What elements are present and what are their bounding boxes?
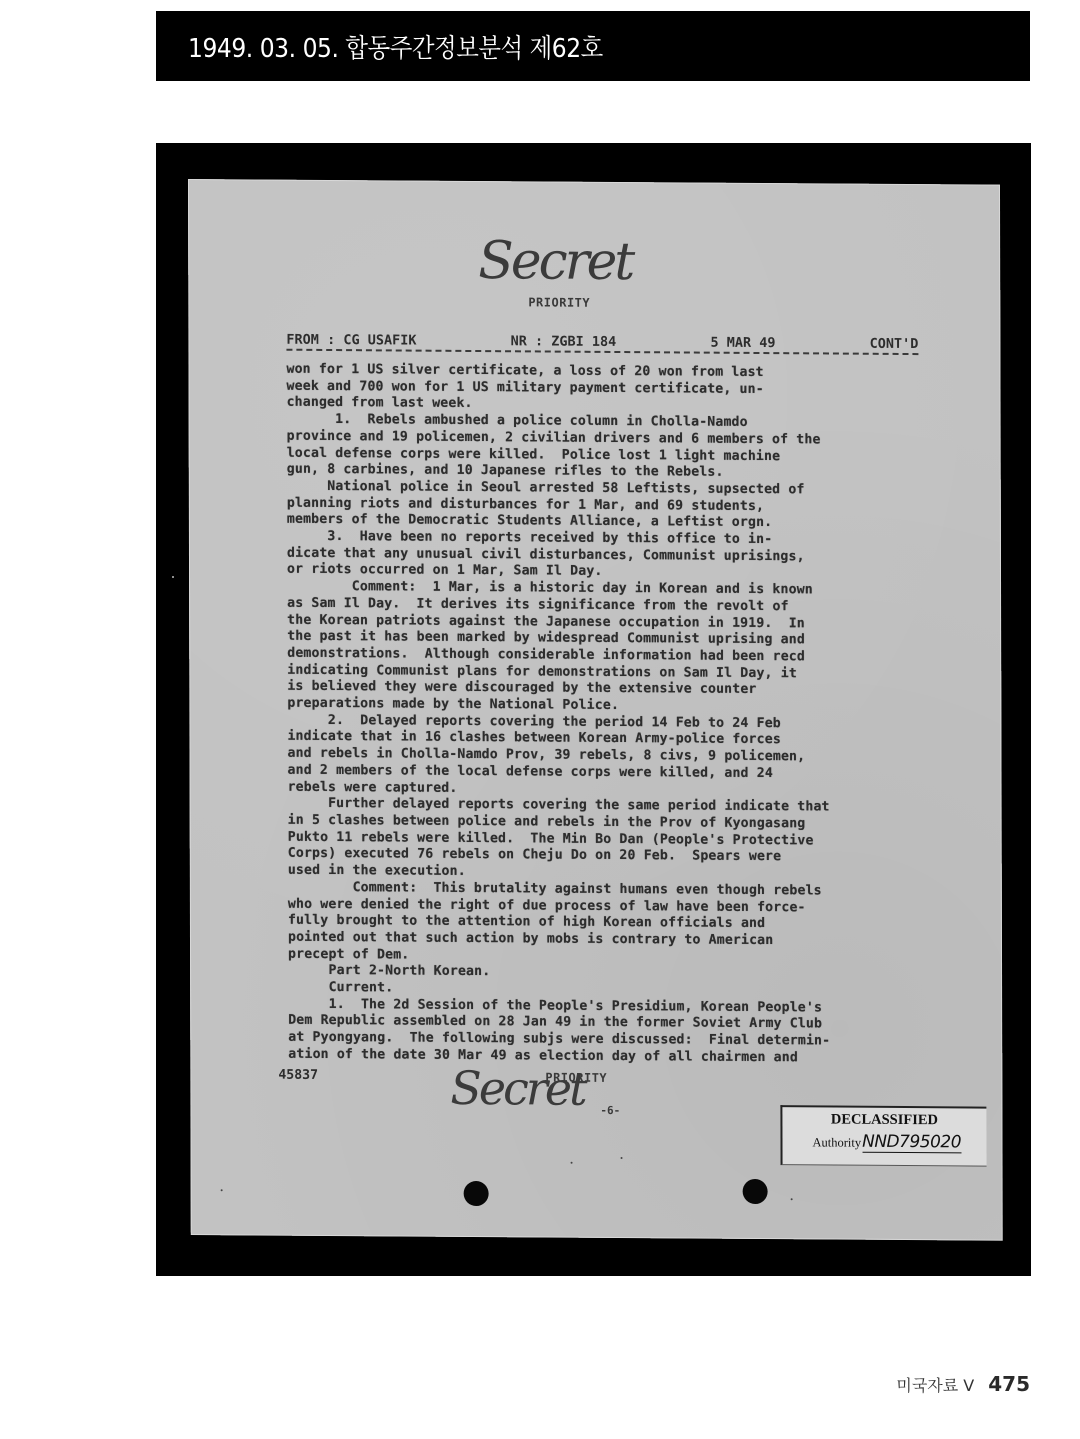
message-number: NR : ZGBI 184 bbox=[511, 333, 617, 350]
page-number: 475 bbox=[988, 1372, 1030, 1396]
page-footer: 미국자료 Ⅴ 475 bbox=[896, 1372, 1030, 1396]
punch-hole-left bbox=[464, 1181, 489, 1206]
scan-speck bbox=[172, 576, 174, 578]
declassified-label: DECLASSIFIED bbox=[782, 1111, 986, 1129]
secret-handwriting-bottom: Secret bbox=[450, 1061, 584, 1116]
priority-mark-top: PRIORITY bbox=[528, 295, 590, 309]
page-marker: -6- bbox=[600, 1104, 620, 1117]
message-header: FROM : CG USAFIK NR : ZGBI 184 5 MAR 49 … bbox=[286, 332, 918, 355]
message-status: CONT'D bbox=[870, 336, 919, 352]
declassified-stamp: DECLASSIFIED AuthorityNND795020 bbox=[780, 1105, 986, 1166]
message-from: FROM : CG USAFIK bbox=[286, 332, 416, 349]
reference-number: 45837 bbox=[278, 1068, 318, 1083]
document-title-bar: 1949. 03. 05. 합동주간정보분석 제62호 bbox=[156, 11, 1030, 81]
document-scan-photo: Secret PRIORITY FROM : CG USAFIK NR : ZG… bbox=[156, 143, 1031, 1276]
authority-label: Authority bbox=[812, 1135, 861, 1149]
document-title: 1949. 03. 05. 합동주간정보분석 제62호 bbox=[188, 28, 603, 65]
authority-value: NND795020 bbox=[862, 1132, 961, 1154]
secret-handwriting-top: Secret bbox=[478, 231, 632, 292]
authority-line: AuthorityNND795020 bbox=[812, 1131, 961, 1152]
message-date: 5 MAR 49 bbox=[710, 335, 775, 351]
series-label: 미국자료 Ⅴ bbox=[896, 1373, 974, 1396]
paper-speck bbox=[221, 1189, 223, 1191]
paper-speck bbox=[571, 1162, 573, 1164]
paper-speck bbox=[791, 1198, 793, 1200]
message-body: won for 1 US silver certificate, a loss … bbox=[286, 362, 830, 1067]
paper-speck bbox=[621, 1157, 623, 1159]
typed-message-page: Secret PRIORITY FROM : CG USAFIK NR : ZG… bbox=[188, 179, 1003, 1241]
punch-hole-right bbox=[743, 1179, 768, 1204]
